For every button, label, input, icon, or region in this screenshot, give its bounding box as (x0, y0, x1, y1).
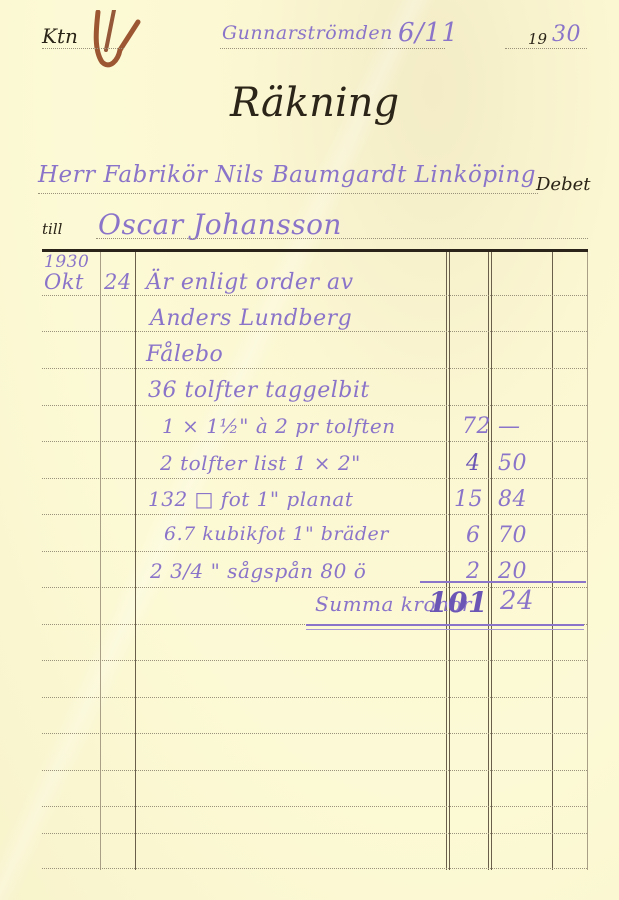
entry-description: Fålebo (146, 342, 223, 367)
debtor-name: Herr Fabrikör Nils Baumgardt Linköping (38, 162, 536, 188)
row-line (42, 405, 587, 406)
place-name: Gunnarströmden (222, 22, 393, 44)
total-ore: 24 (500, 586, 534, 616)
column-divider-ore-left (488, 252, 489, 870)
entry-description: 2 3/4 " sågspån 80 ö (150, 559, 366, 583)
entry-month: Okt (44, 270, 84, 294)
entry-description: 6.7 kubikfot 1" bräder (164, 523, 389, 545)
entry-ore: 50 (498, 451, 527, 476)
entry-description: 36 tolfter taggelbit (148, 378, 370, 403)
row-line (42, 770, 587, 771)
till-label: till (42, 220, 62, 238)
paper-crease (0, 0, 619, 900)
year-suffix: 30 (552, 22, 581, 47)
printed-stamp-text: Ktn (42, 24, 78, 48)
entry-description: Är enligt order av (146, 270, 354, 295)
entry-kronor: 72 (462, 414, 491, 439)
row-line (42, 514, 587, 515)
column-divider-extra (552, 252, 553, 870)
year-prefix: 19 (528, 30, 547, 48)
entry-description: 1 × 1½" à 2 pr tolften (162, 414, 396, 438)
column-divider-kronor-left-2 (449, 252, 450, 870)
entry-ore: 84 (498, 487, 527, 512)
row-line (42, 660, 587, 661)
row-line (42, 833, 587, 834)
entry-description: Anders Lundberg (150, 306, 352, 331)
row-line (42, 868, 587, 869)
row-line (42, 478, 587, 479)
row-line (42, 733, 587, 734)
entry-ore: 70 (498, 523, 527, 548)
sum-underline (420, 581, 586, 583)
paperclip-rust-stain-icon (88, 10, 148, 70)
row-line (42, 551, 587, 552)
row-line (42, 806, 587, 807)
column-divider-right (587, 252, 588, 870)
entry-description: 2 tolfter list 1 × 2" (160, 451, 361, 475)
document-title: Räkning (230, 80, 399, 126)
stamp-dotline (42, 48, 124, 49)
creditor-dotline (96, 238, 588, 239)
column-divider-ore-left-2 (491, 252, 492, 870)
year-dotline (505, 48, 587, 49)
creditor-name: Oscar Johansson (98, 208, 342, 241)
ledger-top-rule (42, 249, 588, 252)
entry-kronor: 4 (466, 451, 481, 476)
column-divider-kronor-left (446, 252, 447, 870)
entry-kronor: 6 (466, 523, 481, 548)
entry-year: 1930 (44, 252, 89, 272)
date-day-month: 6/11 (398, 18, 458, 48)
date-dotline (220, 48, 445, 49)
row-line (42, 295, 587, 296)
entry-kronor: 15 (454, 487, 483, 512)
entry-ore: — (498, 414, 521, 439)
total-double-underline (306, 624, 584, 626)
debtor-dotline (38, 193, 538, 194)
total-double-underline-2 (306, 629, 584, 630)
total-kronor: 101 (428, 586, 488, 619)
row-line (42, 441, 587, 442)
column-divider-month (100, 252, 101, 870)
row-line (42, 697, 587, 698)
row-line (42, 368, 587, 369)
column-divider-day (135, 252, 136, 870)
entry-description: 132 □ fot 1" planat (148, 487, 353, 511)
row-line (42, 331, 587, 332)
entry-day: 24 (104, 270, 132, 294)
debet-label: Debet (536, 174, 591, 195)
